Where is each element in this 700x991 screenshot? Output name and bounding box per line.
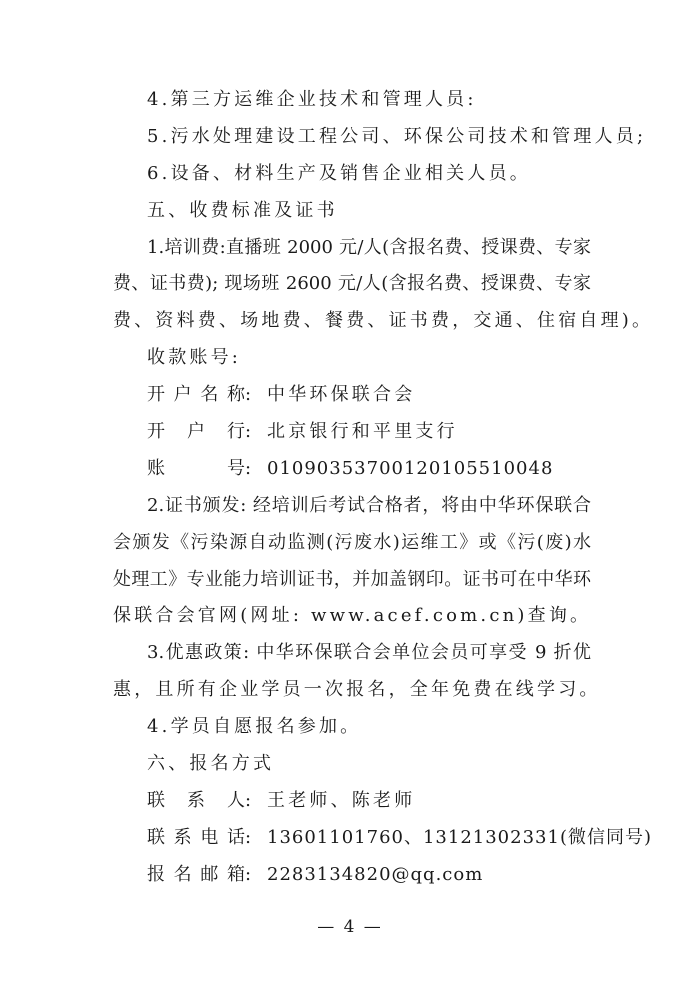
registration-email-row: 报名邮箱:2283134820@qq.com: [113, 857, 593, 894]
payment-account-title: 收款账号:: [113, 340, 593, 377]
account-name-label: 开户名称: [147, 377, 245, 414]
document-body: 4.第三方运维企业技术和管理人员: 5.污水处理建设工程公司、环保公司技术和管理…: [113, 82, 593, 894]
document-page: 4.第三方运维企业技术和管理人员: 5.污水处理建设工程公司、环保公司技术和管理…: [0, 0, 700, 991]
contact-phone-value: 13601101760、13121302331(微信同号): [267, 827, 652, 848]
account-name-row: 开户名称:中华环保联合会: [113, 377, 593, 414]
contact-phone-label: 联系电话: [147, 820, 245, 857]
certificate-paragraph-line-4: 保联合会官网(网址: www.acef.com.cn)查询。: [113, 598, 593, 635]
voluntary-note: 4.学员自愿报名参加。: [113, 709, 593, 746]
colon: :: [245, 451, 267, 488]
certificate-paragraph-line-3: 处理工》专业能力培训证书，并加盖钢印。证书可在中华环: [113, 562, 591, 599]
registration-email-value: 2283134820@qq.com: [267, 864, 483, 885]
colon: :: [245, 820, 267, 857]
contact-person-label: 联 系 人: [147, 783, 245, 820]
account-name-value: 中华环保联合会: [267, 384, 415, 405]
account-number-label: 账 号: [147, 451, 245, 488]
contact-person-row: 联 系 人:王老师、陈老师: [113, 783, 593, 820]
contact-person-value: 王老师、陈老师: [267, 790, 415, 811]
fee-paragraph-line-2: 费、证书费); 现场班 2600 元/人(含报名费、授课费、专家: [113, 266, 591, 303]
list-item-construction-companies: 5.污水处理建设工程公司、环保公司技术和管理人员;: [113, 119, 593, 156]
colon: :: [245, 857, 267, 894]
colon: :: [245, 414, 267, 451]
list-item-third-party: 4.第三方运维企业技术和管理人员:: [113, 82, 593, 119]
registration-email-label: 报名邮箱: [147, 857, 245, 894]
bank-value: 北京银行和平里支行: [267, 421, 458, 442]
contact-phone-row: 联系电话:13601101760、13121302331(微信同号): [113, 820, 593, 857]
discount-paragraph-line-1: 3.优惠政策: 中华环保联合会单位会员可享受 9 折优: [113, 635, 591, 672]
bank-label: 开 户 行: [147, 414, 245, 451]
colon: :: [245, 377, 267, 414]
account-number-row: 账 号:01090353700120105510048: [113, 451, 593, 488]
certificate-paragraph-line-2: 会颁发《污染源自动监测(污废水)运维工》或《污(废)水: [113, 525, 591, 562]
colon: :: [245, 783, 267, 820]
bank-row: 开 户 行:北京银行和平里支行: [113, 414, 593, 451]
fee-paragraph-line-1: 1.培训费:直播班 2000 元/人(含报名费、授课费、专家: [113, 230, 591, 267]
section-heading-registration: 六、报名方式: [113, 746, 593, 783]
page-number: — 4 —: [0, 917, 700, 937]
discount-paragraph-line-2: 惠，且所有企业学员一次报名，全年免费在线学习。: [113, 672, 593, 709]
certificate-paragraph-line-1: 2.证书颁发: 经培训后考试合格者，将由中华环保联合: [113, 488, 591, 525]
account-number-value: 01090353700120105510048: [267, 458, 553, 479]
fee-paragraph-line-3: 费、资料费、场地费、餐费、证书费，交通、住宿自理)。: [113, 303, 593, 340]
section-heading-fees: 五、收费标准及证书: [113, 193, 593, 230]
list-item-equipment-sales: 6.设备、材料生产及销售企业相关人员。: [113, 156, 593, 193]
